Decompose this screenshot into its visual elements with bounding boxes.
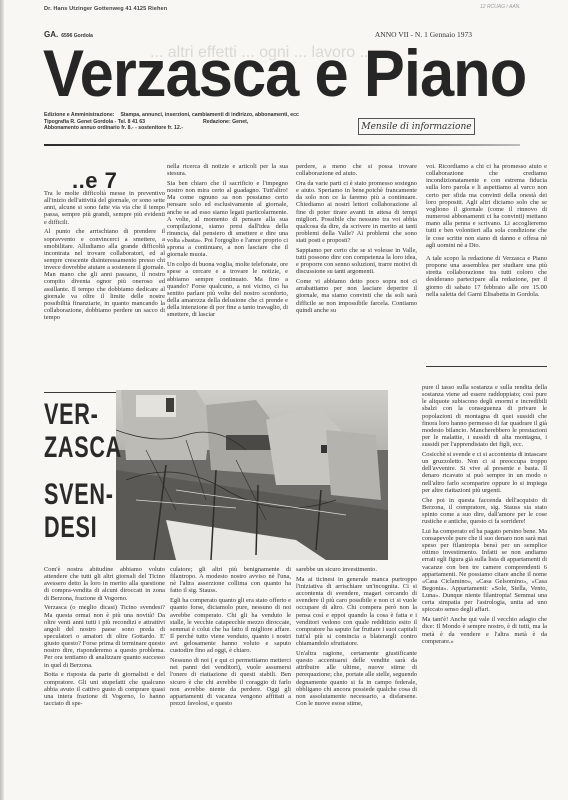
headline-line: VER-	[44, 398, 122, 431]
paragraph: Nessuno di noi ( e qui ci permettiamo me…	[170, 657, 291, 707]
article1-column-1: Tra le molte difficoltà messe in prevent…	[44, 190, 165, 324]
imprint-edition: Edizione e Amministrazione:	[44, 112, 114, 119]
paragraph: Tra le molte difficoltà messe in prevent…	[44, 190, 165, 226]
header-rule	[44, 144, 520, 146]
mailing-address: Dr. Hans Utzinger Gottenweg 41 4125 Rieh…	[44, 6, 167, 12]
paragraph: Sia ben chiaro che il sacrificio e l'imp…	[167, 180, 288, 259]
headline-line: DESI	[44, 511, 122, 544]
paragraph: Sappiamo per certo che se si volesse in …	[296, 247, 417, 276]
imprint-services: Stampa, annunci, inserzioni, cambiamenti…	[120, 112, 298, 119]
imprint-line-2: Tipografia R. Genet Gordola - Tel. 8 41 …	[44, 119, 299, 126]
paragraph: nella ricerca di notizie e articoli per …	[167, 163, 288, 177]
scan-edge	[0, 0, 4, 800]
article1-column-3: perdere, a meno che si possa trovare col…	[296, 163, 417, 317]
handwritten-note: 12 RCUAG / AAN.	[480, 4, 521, 11]
imprint-line-1: Edizione e Amministrazione:Stampa, annun…	[44, 112, 299, 119]
paragraph: sarebbe un sicuro investimento.	[296, 566, 417, 573]
imprint-printer: Tipografia R. Genet Gordola - Tel. 8 41 …	[44, 119, 145, 126]
article2-column-2: culatore; gli altri più benignamente di …	[170, 566, 291, 710]
section-rule	[426, 366, 547, 367]
paragraph: Lui ha comperato ed ha pagato persino be…	[422, 528, 547, 614]
paragraph: Ora da varie parti ci è stato promesso s…	[296, 180, 417, 244]
paragraph: Verzasca (o meglio dicasi) Ticino svende…	[44, 604, 165, 668]
paragraph: Ma tant'è! Anche qui vale il vecchio ada…	[422, 616, 547, 645]
paragraph: Un'altra ragione, certamente giustifican…	[296, 650, 417, 707]
article2-column-4: pure il tasso sulla sostanza e sulla ren…	[422, 384, 547, 647]
paragraph: Al punto che arrischiano di prendere il …	[44, 228, 165, 321]
newspaper-page: Dr. Hans Utzinger Gottenweg 41 4125 Rieh…	[0, 0, 568, 800]
paragraph: Che poi in questa faccenda dell'acquisto…	[422, 497, 547, 526]
article1-column-2: nella ricerca di notizie e articoli per …	[167, 163, 288, 321]
imprint-editorial: Redazione: Genet,	[203, 119, 248, 126]
article2-column-3: sarebbe un sicuro investimento. Ma ai ti…	[296, 566, 417, 710]
imprint-line-3: Abbonamento annuo ordinario fr. 8.- - so…	[44, 125, 299, 132]
paragraph: Un colpo di buona voglia, molte telefona…	[167, 261, 288, 318]
paragraph: perdere, a meno che si possa trovare col…	[296, 163, 417, 177]
village-photo	[116, 390, 388, 560]
paragraph: Egli ha comperato quanto gli era stato o…	[170, 597, 291, 654]
article2-column-1: Com'è nostra abitudine abbiamo voluto at…	[44, 566, 165, 710]
paragraph: Botta e risposta da parte di giornalisti…	[44, 671, 165, 707]
paragraph: culatore; gli altri più benignamente di …	[170, 566, 291, 595]
article1-column-4: voi. Ricordiamo a chi ci ha promesso aiu…	[426, 163, 547, 300]
imprint-subscription: Abbonamento annuo ordinario fr. 8.- - so…	[44, 125, 183, 132]
paragraph: Come vi abbiamo detto poco sopra noi ci …	[296, 278, 417, 314]
headline-line: ZASCA	[44, 431, 122, 464]
paragraph: voi. Ricordiamo a chi ci ha promesso aiu…	[426, 163, 547, 249]
paragraph: Com'è nostra abitudine abbiamo voluto at…	[44, 566, 165, 602]
paragraph: pure il tasso sulla sostanza e sulla ren…	[422, 384, 547, 448]
imprint: Edizione e Amministrazione:Stampa, annun…	[44, 112, 299, 132]
headline-verzasca-svendesi: VER- ZASCA SVEN- DESI	[44, 398, 122, 544]
masthead-title: Verzasca e Piano	[43, 40, 452, 108]
paragraph: A tale scopo la redazione di Verzasca e …	[426, 255, 547, 298]
photo-illustration	[116, 390, 388, 560]
headline-line: SVEN-	[44, 478, 122, 511]
tagline-box: Mensile di informazione	[358, 118, 475, 135]
headline-gap	[44, 464, 122, 478]
paragraph: Cosicchè si svende e ci si accontenta di…	[422, 451, 547, 494]
paragraph: Ma ai ticinesi in generale manca purtrop…	[296, 576, 417, 648]
